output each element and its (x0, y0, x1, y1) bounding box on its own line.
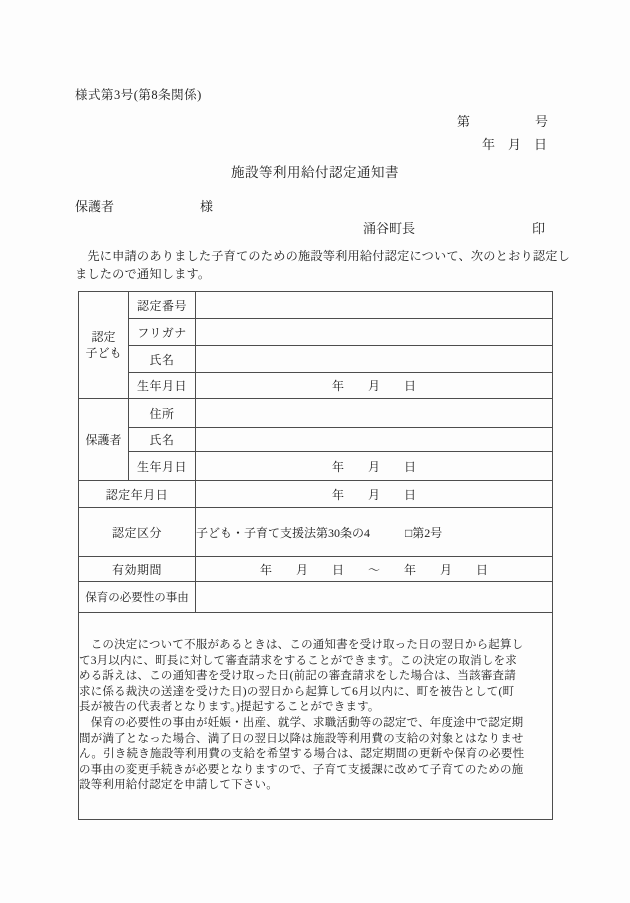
label-guardian-address: 住所 (129, 399, 196, 428)
value-cert-category: 子ども・子育て支援法第30条の4 □第2号 (196, 508, 553, 557)
label-child-birthdate: 生年月日 (129, 373, 196, 399)
form-number-label: 様式第3号(第8条関係) (75, 85, 202, 103)
label-furigana: フリガナ (129, 319, 196, 346)
row-guardian-name: 氏名 (79, 428, 553, 452)
notes-cell: この決定について不服があるときは、この通知書を受け取った日の翌日から起算し て3… (79, 613, 553, 820)
document-page: 様式第3号(第8条関係) 第 号 年 月 日 施設等利用給付認定通知書 保護者 … (0, 0, 630, 903)
value-cert-number (196, 292, 553, 319)
value-care-reason (196, 582, 553, 613)
row-valid-period: 有効期間 年 月 日 ～ 年 月 日 (79, 557, 553, 582)
addressee-line: 保護者 様 (75, 196, 555, 214)
addressee-label: 保護者 (75, 199, 114, 214)
group-label-guardian: 保護者 (79, 399, 129, 481)
row-furigana: フリガナ (79, 319, 553, 346)
row-cert-date: 認定年月日 年 月 日 (79, 481, 553, 508)
value-valid-period: 年 月 日 ～ 年 月 日 (196, 557, 553, 582)
label-cert-number: 認定番号 (129, 292, 196, 319)
label-cert-category: 認定区分 (79, 508, 196, 557)
notes-paragraph-renewal: 保育の必要性の事由が妊娠・出産、就学、求職活動等の認定で、年度途中で認定期 間が… (79, 716, 552, 794)
issuer-name: 涌谷町長 (363, 218, 415, 237)
notes-paragraph-appeal: この決定について不服があるときは、この通知書を受け取った日の翌日から起算し て3… (79, 638, 552, 716)
value-child-name (196, 346, 553, 373)
label-valid-period: 有効期間 (79, 557, 196, 582)
document-date-line: 年 月 日 (482, 134, 547, 153)
row-notes: この決定について不服があるときは、この通知書を受け取った日の翌日から起算し て3… (79, 613, 553, 820)
row-cert-category: 認定区分 子ども・子育て支援法第30条の4 □第2号 (79, 508, 553, 557)
cert-category-option-no2-checkbox: □第2号 (405, 526, 442, 540)
value-furigana (196, 319, 553, 346)
intro-paragraph: 先に申請のありました子育てのための施設等利用給付認定について、次のとおり認定し … (75, 247, 575, 283)
row-child-birthdate: 生年月日 年 月 日 (79, 373, 553, 399)
value-guardian-birthdate: 年 月 日 (196, 452, 553, 481)
value-child-birthdate: 年 月 日 (196, 373, 553, 399)
row-guardian-address: 保護者 住所 (79, 399, 553, 428)
group-label-certified-child: 認定 子ども (79, 292, 129, 399)
document-number-line: 第 号 (457, 111, 548, 130)
addressee-honorific: 様 (200, 196, 213, 215)
value-guardian-name (196, 428, 553, 452)
label-child-name: 氏名 (129, 346, 196, 373)
row-child-name: 氏名 (79, 346, 553, 373)
certification-table: 認定 子ども 認定番号 フリガナ 氏名 生年月日 年 月 日 保護者 住所 (78, 291, 553, 820)
label-guardian-name: 氏名 (129, 428, 196, 452)
label-care-reason: 保育の必要性の事由 (79, 582, 196, 613)
value-guardian-address (196, 399, 553, 428)
label-cert-date: 認定年月日 (79, 481, 196, 508)
row-cert-number: 認定 子ども 認定番号 (79, 292, 553, 319)
row-guardian-birthdate: 生年月日 年 月 日 (79, 452, 553, 481)
issuer-seal-mark: 印 (532, 218, 545, 237)
label-guardian-birthdate: 生年月日 (129, 452, 196, 481)
cert-category-law-text: 子ども・子育て支援法第30条の4 (196, 526, 370, 540)
value-cert-date: 年 月 日 (196, 481, 553, 508)
row-care-reason: 保育の必要性の事由 (79, 582, 553, 613)
issuer-line: 涌谷町長 印 (0, 218, 630, 236)
page-title: 施設等利用給付認定通知書 (0, 161, 630, 181)
